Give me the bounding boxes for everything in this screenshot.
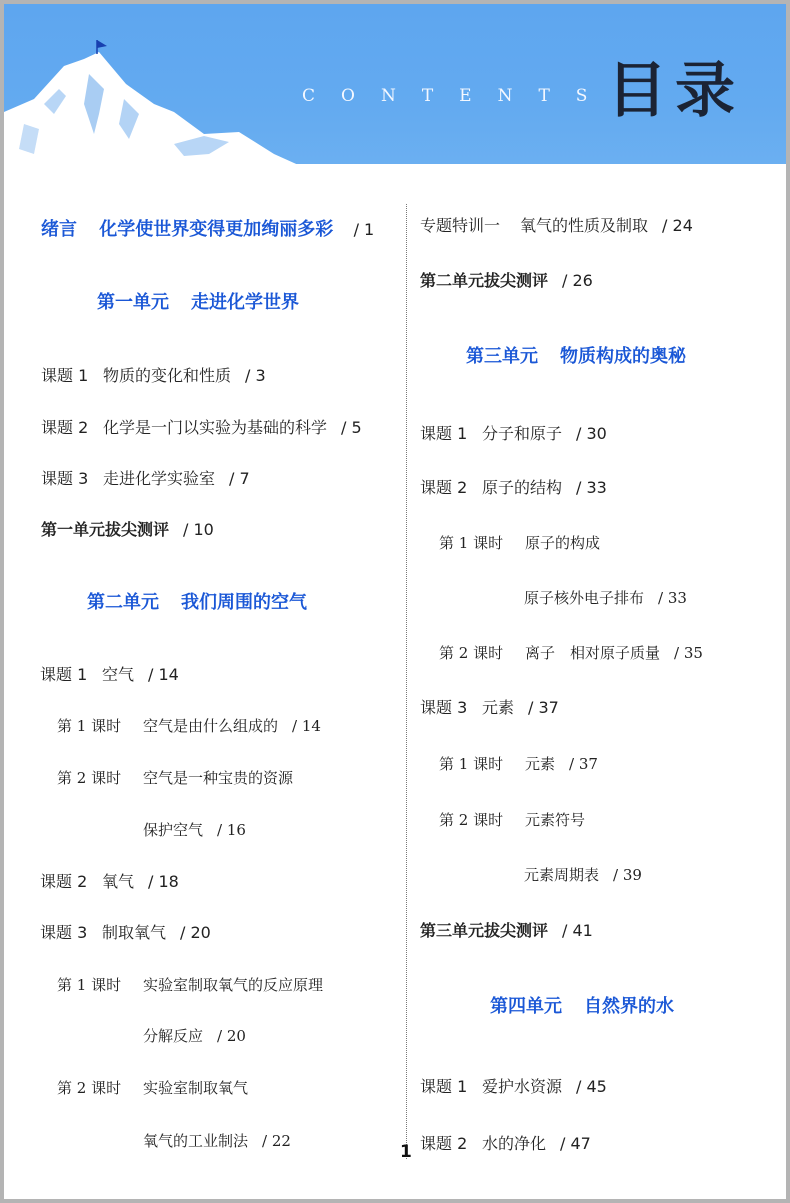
toc-entry-lesson-cont[interactable]: 元素周期表/ 39 bbox=[524, 865, 642, 885]
page-ref: / 14 bbox=[148, 665, 179, 684]
topic-title: 物质的变化和性质 bbox=[103, 366, 231, 385]
lesson-label: 第 1 课时 bbox=[439, 533, 525, 553]
contents-word: CONTENTS bbox=[302, 86, 613, 106]
topic-title: 爱护水资源 bbox=[482, 1077, 562, 1096]
intro-label: 绪言 bbox=[41, 219, 77, 240]
page-ref: / 14 bbox=[292, 717, 321, 735]
review-title: 第一单元拔尖测评 bbox=[41, 520, 169, 539]
lesson-label: 第 1 课时 bbox=[439, 754, 525, 774]
page-ref: / 37 bbox=[569, 755, 598, 773]
unit-heading-1[interactable]: 第一单元走进化学世界 bbox=[97, 292, 299, 314]
lesson-title: 原子核外电子排布 bbox=[524, 589, 644, 607]
unit-title: 我们周围的空气 bbox=[181, 592, 307, 613]
toc-entry-topic[interactable]: 课题 3元素/ 37 bbox=[420, 698, 559, 718]
toc-entry-review[interactable]: 第三单元拔尖测评/ 41 bbox=[420, 921, 593, 941]
page-ref: / 5 bbox=[341, 418, 362, 437]
unit-heading-2[interactable]: 第二单元我们周围的空气 bbox=[87, 592, 307, 614]
toc-entry-lesson-cont[interactable]: 保护空气/ 16 bbox=[143, 820, 246, 840]
lesson-title: 元素 bbox=[525, 755, 555, 773]
toc-entry-topic[interactable]: 课题 2水的净化/ 47 bbox=[420, 1134, 591, 1154]
lesson-label: 第 2 课时 bbox=[439, 643, 525, 663]
page-ref: / 37 bbox=[528, 698, 559, 717]
special-title: 氧气的性质及制取 bbox=[520, 216, 648, 235]
special-label: 专题特训一 bbox=[420, 216, 500, 235]
lesson-title: 元素周期表 bbox=[524, 866, 599, 884]
page-ref: / 30 bbox=[576, 424, 607, 443]
page-ref: / 24 bbox=[662, 216, 693, 235]
page-ref: / 7 bbox=[229, 469, 250, 488]
page-ref: / 10 bbox=[183, 520, 214, 539]
lesson-title: 实验室制取氧气的反应原理 bbox=[143, 976, 323, 994]
toc-entry-topic[interactable]: 课题 3走进化学实验室/ 7 bbox=[41, 469, 250, 489]
topic-label: 课题 3 bbox=[40, 923, 102, 943]
page-ref: / 20 bbox=[217, 1027, 246, 1045]
toc-entry-lesson[interactable]: 第 2 课时空气是一种宝贵的资源 bbox=[57, 768, 293, 788]
toc-entry-topic[interactable]: 课题 2氧气/ 18 bbox=[40, 872, 179, 892]
topic-title: 分子和原子 bbox=[482, 424, 562, 443]
unit-title: 走进化学世界 bbox=[191, 292, 299, 313]
topic-label: 课题 1 bbox=[420, 1077, 482, 1097]
topic-label: 课题 3 bbox=[41, 469, 103, 489]
page-ref: / 45 bbox=[576, 1077, 607, 1096]
intro-title: 化学使世界变得更加绚丽多彩 bbox=[99, 219, 333, 240]
page-ref: / 41 bbox=[562, 921, 593, 940]
page-ref: / 39 bbox=[613, 866, 642, 884]
lesson-title: 元素符号 bbox=[525, 811, 585, 829]
lesson-label: 第 2 课时 bbox=[57, 1078, 143, 1098]
topic-label: 课题 2 bbox=[41, 418, 103, 438]
page-ref: / 16 bbox=[217, 821, 246, 839]
unit-title: 自然界的水 bbox=[584, 996, 674, 1017]
unit-number: 第二单元 bbox=[87, 592, 159, 613]
toc-entry-topic[interactable]: 课题 1空气/ 14 bbox=[40, 665, 179, 685]
topic-title: 元素 bbox=[482, 698, 514, 717]
topic-title: 原子的结构 bbox=[482, 478, 562, 497]
lesson-title: 分解反应 bbox=[143, 1027, 203, 1045]
toc-entry-intro[interactable]: 绪言 化学使世界变得更加绚丽多彩 / 1 bbox=[41, 220, 374, 240]
page-title: 目录 bbox=[607, 56, 743, 126]
unit-title: 物质构成的奥秘 bbox=[560, 346, 686, 367]
toc-entry-lesson-cont[interactable]: 氧气的工业制法/ 22 bbox=[143, 1131, 291, 1151]
page-ref: / 3 bbox=[245, 366, 266, 385]
page-ref: / 1 bbox=[354, 220, 375, 239]
page-number: 1 bbox=[400, 1142, 412, 1162]
lesson-label: 第 2 课时 bbox=[57, 768, 143, 788]
flag-icon bbox=[97, 40, 107, 48]
review-title: 第二单元拔尖测评 bbox=[420, 271, 548, 290]
lesson-label: 第 1 课时 bbox=[57, 716, 143, 736]
toc-entry-lesson-cont[interactable]: 原子核外电子排布/ 33 bbox=[524, 588, 687, 608]
toc-entry-lesson[interactable]: 第 1 课时元素/ 37 bbox=[439, 754, 598, 774]
toc-entry-lesson[interactable]: 第 2 课时元素符号 bbox=[439, 810, 585, 830]
toc-entry-topic[interactable]: 课题 3制取氧气/ 20 bbox=[40, 923, 211, 943]
toc-entry-special[interactable]: 专题特训一氧气的性质及制取/ 24 bbox=[420, 216, 693, 236]
topic-label: 课题 2 bbox=[40, 872, 102, 892]
topic-title: 水的净化 bbox=[482, 1134, 546, 1153]
page-ref: / 18 bbox=[148, 872, 179, 891]
toc-entry-lesson-cont[interactable]: 分解反应/ 20 bbox=[143, 1026, 246, 1046]
topic-label: 课题 2 bbox=[420, 1134, 482, 1154]
toc-entry-review[interactable]: 第一单元拔尖测评/ 10 bbox=[41, 520, 214, 540]
topic-title: 化学是一门以实验为基础的科学 bbox=[103, 418, 327, 437]
topic-title: 氧气 bbox=[102, 872, 134, 891]
lesson-label: 第 1 课时 bbox=[57, 975, 143, 995]
toc-entry-topic[interactable]: 课题 1分子和原子/ 30 bbox=[420, 424, 607, 444]
topic-label: 课题 1 bbox=[420, 424, 482, 444]
unit-number: 第一单元 bbox=[97, 292, 169, 313]
topic-title: 走进化学实验室 bbox=[103, 469, 215, 488]
lesson-label: 第 2 课时 bbox=[439, 810, 525, 830]
topic-title: 制取氧气 bbox=[102, 923, 166, 942]
page-ref: / 33 bbox=[658, 589, 687, 607]
toc-entry-topic[interactable]: 课题 2化学是一门以实验为基础的科学/ 5 bbox=[41, 418, 362, 438]
header-banner: CONTENTS 目录 bbox=[4, 4, 786, 172]
page-ref: / 26 bbox=[562, 271, 593, 290]
toc-entry-review[interactable]: 第二单元拔尖测评/ 26 bbox=[420, 271, 593, 291]
topic-label: 课题 2 bbox=[420, 478, 482, 498]
lesson-title: 原子的构成 bbox=[525, 534, 600, 552]
toc-entry-topic[interactable]: 课题 1爱护水资源/ 45 bbox=[420, 1077, 607, 1097]
lesson-title: 氧气的工业制法 bbox=[143, 1132, 248, 1150]
page-ref: / 47 bbox=[560, 1134, 591, 1153]
toc-entry-lesson[interactable]: 第 1 课时原子的构成 bbox=[439, 533, 600, 553]
lesson-title: 保护空气 bbox=[143, 821, 203, 839]
toc-entry-lesson[interactable]: 第 2 课时实验室制取氧气 bbox=[57, 1078, 248, 1098]
lesson-title: 空气是一种宝贵的资源 bbox=[143, 769, 293, 787]
page-ref: / 22 bbox=[262, 1132, 291, 1150]
lesson-title: 空气是由什么组成的 bbox=[143, 717, 278, 735]
toc-entry-lesson[interactable]: 第 1 课时实验室制取氧气的反应原理 bbox=[57, 975, 323, 995]
unit-number: 第三单元 bbox=[466, 346, 538, 367]
column-divider bbox=[406, 204, 407, 1159]
topic-label: 课题 1 bbox=[40, 665, 102, 685]
review-title: 第三单元拔尖测评 bbox=[420, 921, 548, 940]
toc-entry-topic[interactable]: 课题 1物质的变化和性质/ 3 bbox=[41, 366, 266, 386]
lesson-title: 实验室制取氧气 bbox=[143, 1079, 248, 1097]
lesson-title: 离子 相对原子质量 bbox=[525, 644, 660, 662]
toc-entry-topic[interactable]: 课题 2原子的结构/ 33 bbox=[420, 478, 607, 498]
topic-label: 课题 3 bbox=[420, 698, 482, 718]
unit-heading-3[interactable]: 第三单元物质构成的奥秘 bbox=[466, 346, 686, 368]
topic-label: 课题 1 bbox=[41, 366, 103, 386]
toc-entry-lesson[interactable]: 第 2 课时离子 相对原子质量/ 35 bbox=[439, 643, 703, 663]
page-ref: / 35 bbox=[674, 644, 703, 662]
topic-title: 空气 bbox=[102, 665, 134, 684]
page-ref: / 20 bbox=[180, 923, 211, 942]
unit-number: 第四单元 bbox=[490, 996, 562, 1017]
unit-heading-4[interactable]: 第四单元自然界的水 bbox=[490, 996, 674, 1018]
page-ref: / 33 bbox=[576, 478, 607, 497]
toc-page: CONTENTS 目录 绪言 化学使世界变得更加绚丽多彩 / 1 第一单元走进化… bbox=[4, 4, 786, 1199]
toc-entry-lesson[interactable]: 第 1 课时空气是由什么组成的/ 14 bbox=[57, 716, 321, 736]
